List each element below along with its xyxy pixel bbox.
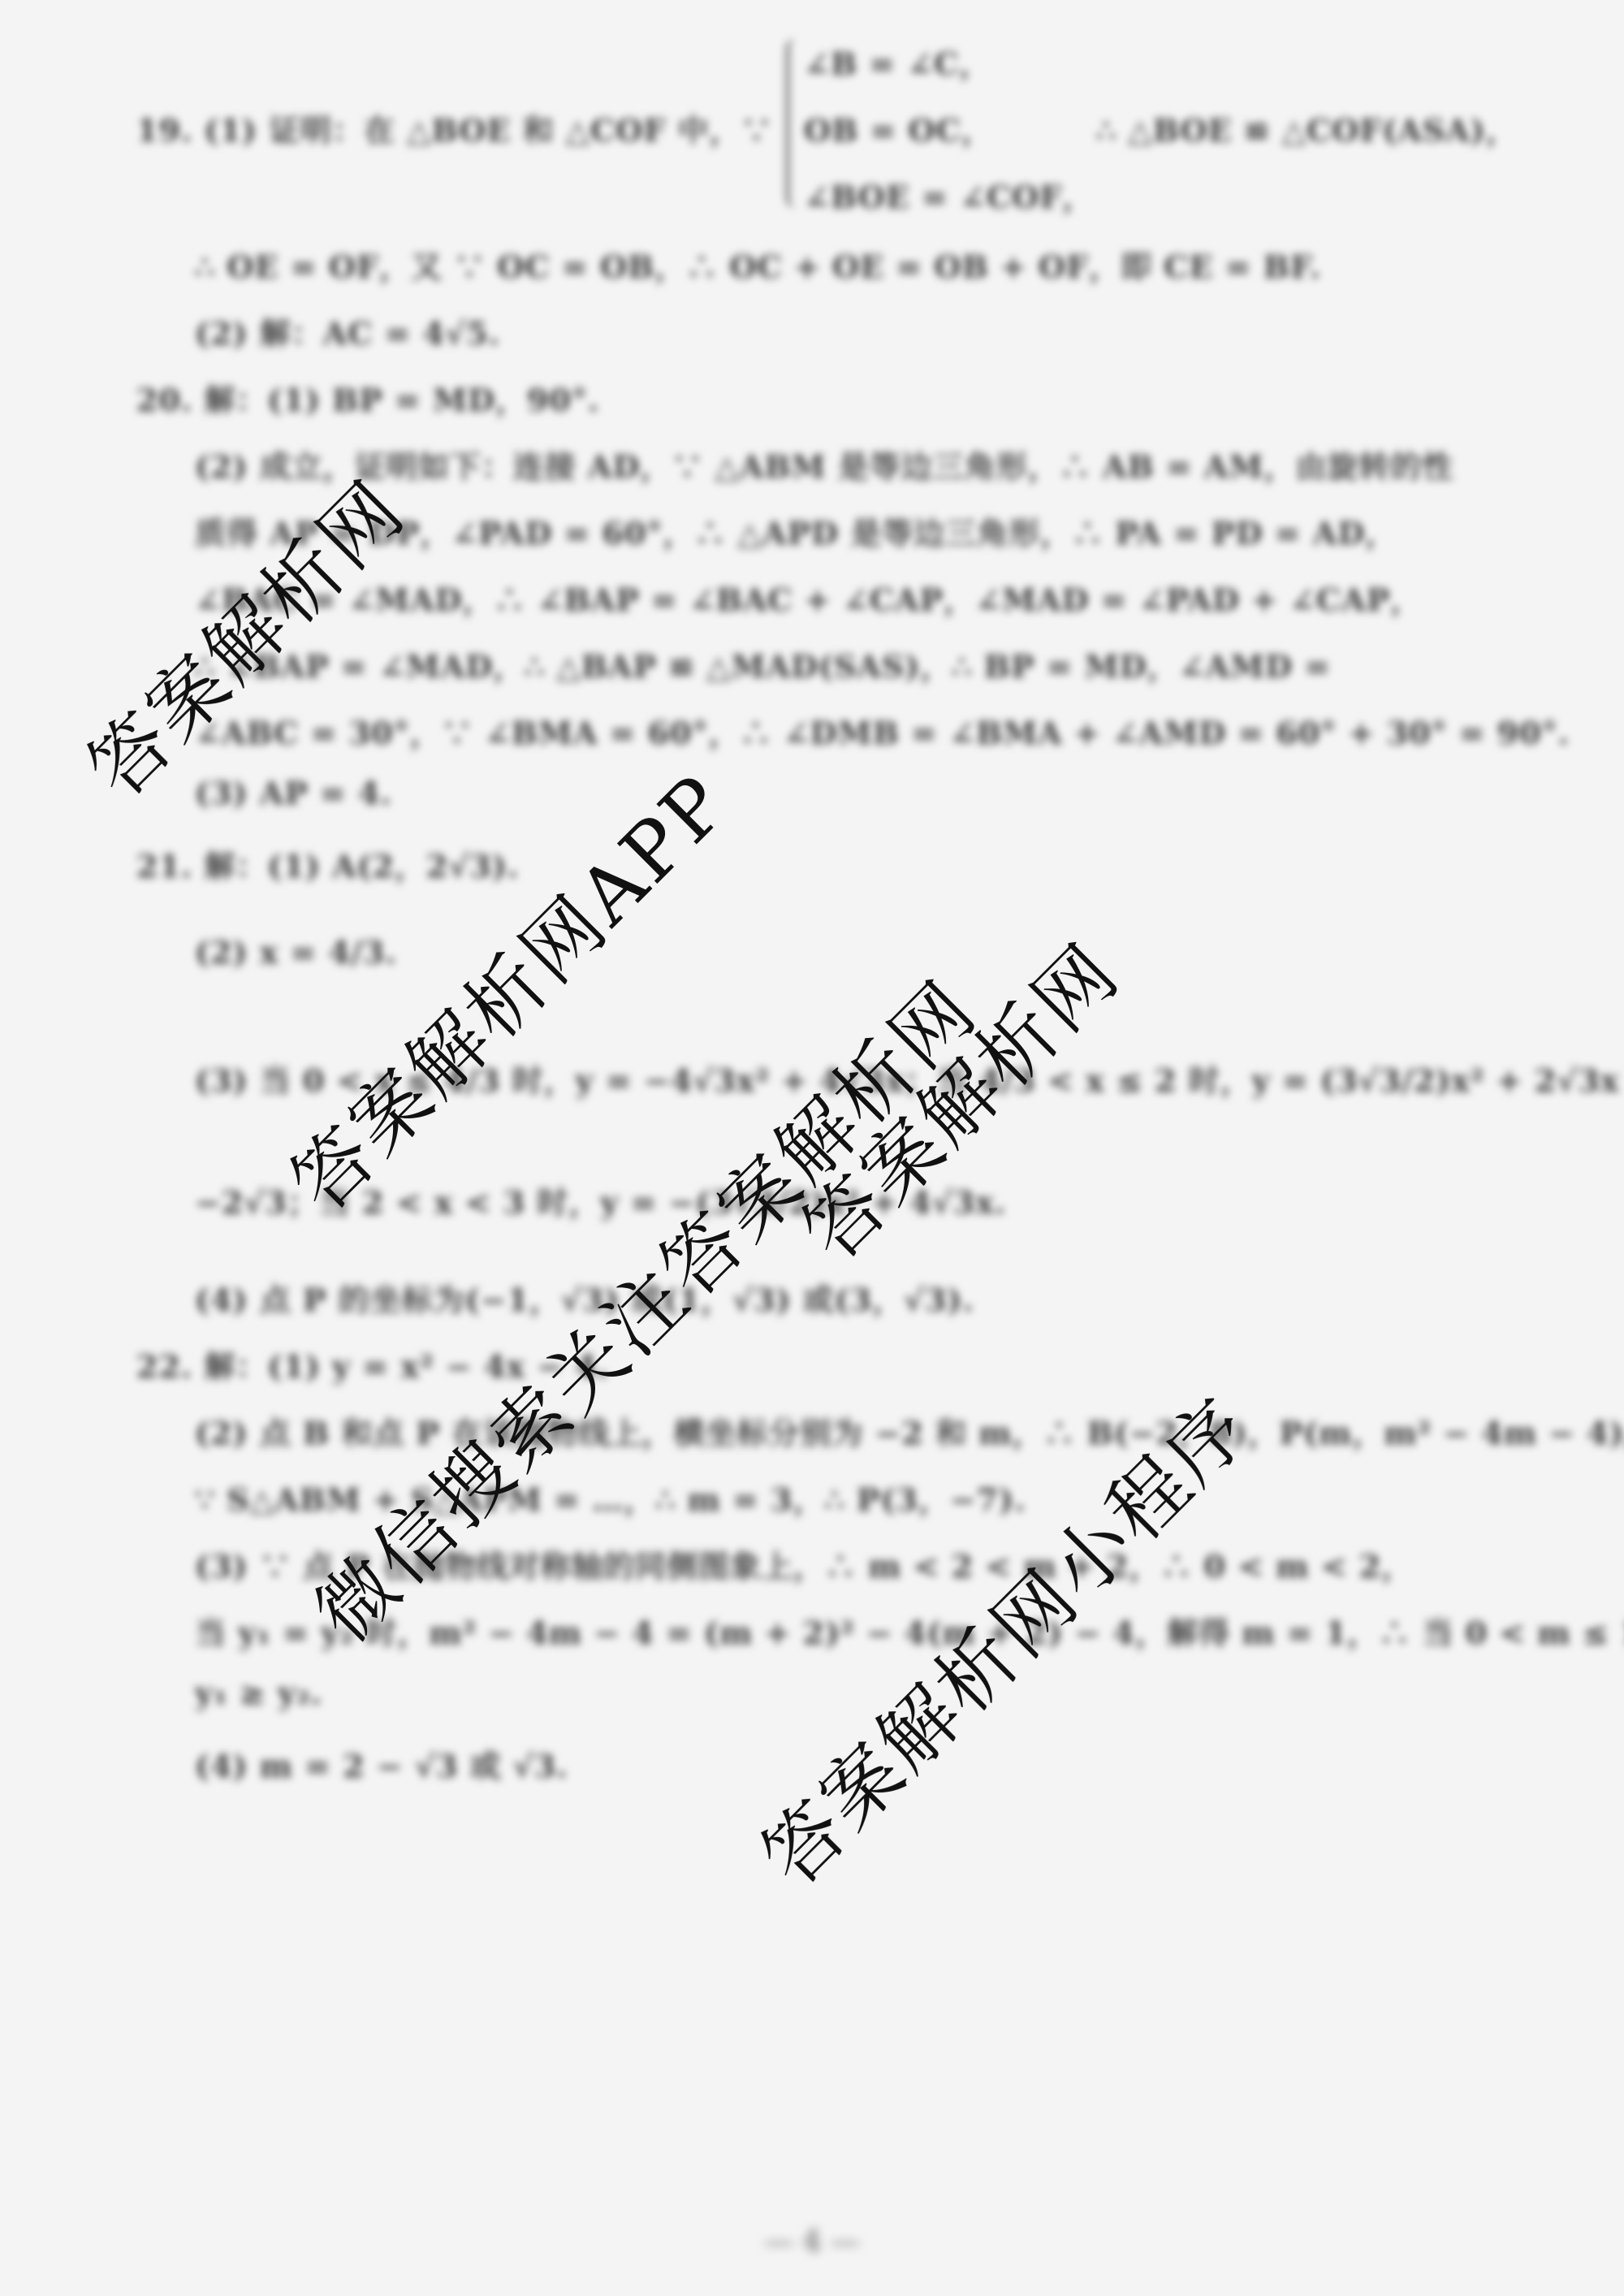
q21-part-2: (2) x = 4/3. — [195, 934, 397, 971]
q19-brace-line-2: OB = OC， — [804, 106, 993, 150]
q19-line-1: 19. (1) 证明：在 △BOE 和 △COF 中，∵ — [136, 106, 773, 150]
q20-part-2-d: ∴ ∠BAP = ∠MAD，∴ △BAP ≌ △MAD(SAS)，∴ BP = … — [195, 642, 1331, 686]
q19-brace-line-3: ∠BOE = ∠COF， — [804, 172, 1094, 217]
q19-line-2: ∴ OE = OF，又 ∵ OC = OB，∴ OC + OE = OB + O… — [195, 242, 1321, 287]
q20-part-2-e: ∠ABC = 30°，∵ ∠BMA = 60°，∴ ∠DMB = ∠BMA + … — [195, 708, 1570, 753]
q22-part-2-b: ∵ S△ABM + S△APM = …，∴ m = 3，∴ P(3，−7). — [195, 1475, 1026, 1520]
system-brace — [786, 39, 804, 208]
q22-part-3-c: y₁ ≥ y₂. — [195, 1675, 322, 1711]
q20-part-2-c: ∠BAC = ∠MAD，∴ ∠BAP = ∠BAC + ∠CAP，∠MAD = … — [195, 575, 1422, 620]
q20-part-3: (3) AP = 4. — [195, 775, 392, 811]
q22-part-2-a: (2) 点 B 和点 P 在该抛物线上，横坐标分别为 −2 和 m，∴ B(−2… — [195, 1408, 1624, 1453]
q20-part-2-a: (2) 成立，证明如下：连接 AD，∵ △ABM 是等边三角形，∴ AB = A… — [195, 442, 1453, 486]
q19-part-2: (2) 解：AC = 4√5. — [195, 309, 500, 353]
q22-part-4: (4) m = 2 − √3 或 √3. — [195, 1741, 568, 1786]
q19-brace-line-1: ∠B = ∠C， — [804, 39, 991, 84]
q20-part-1: 20. 解：(1) BP = MD，90°. — [136, 375, 599, 420]
q21-part-1: 21. 解：(1) A(2，2√3). — [136, 841, 519, 886]
page-number: — 4 — — [0, 2225, 1624, 2259]
q19-conclusion: ∴ △BOE ≌ △COF(ASA)， — [1096, 106, 1518, 150]
